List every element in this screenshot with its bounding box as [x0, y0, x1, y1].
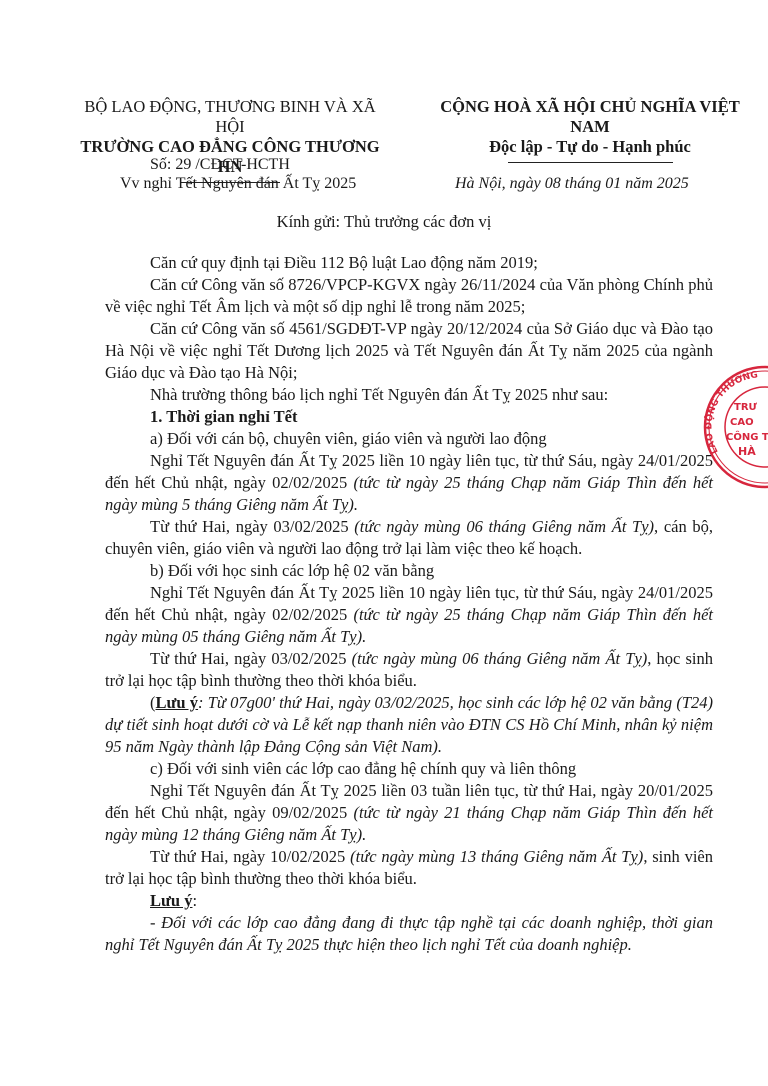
ministry-name: BỘ LAO ĐỘNG, THƯƠNG BINH VÀ XÃ HỘI — [70, 97, 390, 137]
national-header: CỘNG HOÀ XÃ HỘI CHỦ NGHĨA VIỆT NAM Độc l… — [420, 97, 760, 163]
svg-text:CÔNG T: CÔNG T — [726, 430, 768, 443]
place-date: Hà Nội, ngày 08 tháng 01 năm 2025 — [455, 174, 689, 193]
document-subject: Vv nghỉ Tết Nguyên đán Ất Tỵ 2025 — [120, 174, 356, 193]
document-number: Số: 29 /CĐCT-HCTH — [150, 155, 290, 174]
document-body: Căn cứ quy định tại Điều 112 Bộ luật Lao… — [105, 252, 713, 956]
subsection-heading: c) Đối với sinh viên các lớp cao đẳng hệ… — [105, 758, 713, 780]
document-page: BỘ LAO ĐỘNG, THƯƠNG BINH VÀ XÃ HỘI TRƯỜN… — [0, 0, 768, 1086]
note-paragraph: (Lưu ý: Từ 07g00' thứ Hai, ngày 03/02/20… — [105, 692, 713, 758]
svg-text:HÀ: HÀ — [738, 445, 756, 458]
subsection-heading: b) Đối với học sinh các lớp hệ 02 văn bằ… — [105, 560, 713, 582]
official-seal-icon: LAO ĐỘNG THƯƠNG TRƯ CAO CÔNG T HÀ — [700, 362, 768, 492]
svg-text:CAO: CAO — [730, 417, 754, 428]
paragraph: Căn cứ quy định tại Điều 112 Bộ luật Lao… — [105, 252, 713, 274]
paragraph: Từ thứ Hai, ngày 10/02/2025 (tức ngày mù… — [105, 846, 713, 890]
header-divider-right — [508, 162, 673, 163]
paragraph: Nghỉ Tết Nguyên đán Ất Tỵ 2025 liền 03 t… — [105, 780, 713, 846]
note-paragraph: - Đối với các lớp cao đẳng đang đi thực … — [105, 912, 713, 956]
paragraph: Căn cứ Công văn số 4561/SGDĐT-VP ngày 20… — [105, 318, 713, 384]
paragraph: Căn cứ Công văn số 8726/VPCP-KGVX ngày 2… — [105, 274, 713, 318]
section-heading: 1. Thời gian nghỉ Tết — [105, 406, 713, 428]
note-heading: Lưu ý: — [105, 890, 713, 912]
country-name: CỘNG HOÀ XÃ HỘI CHỦ NGHĨA VIỆT NAM — [420, 97, 760, 137]
recipient-line: Kính gửi: Thủ trưởng các đơn vị — [0, 212, 768, 232]
paragraph: Nghỉ Tết Nguyên đán Ất Tỵ 2025 liền 10 n… — [105, 582, 713, 648]
paragraph: Từ thứ Hai, ngày 03/02/2025 (tức ngày mù… — [105, 516, 713, 560]
paragraph: Nhà trường thông báo lịch nghỉ Tết Nguyê… — [105, 384, 713, 406]
svg-text:TRƯ: TRƯ — [734, 402, 758, 413]
paragraph: Nghỉ Tết Nguyên đán Ất Tỵ 2025 liền 10 n… — [105, 450, 713, 516]
paragraph: Từ thứ Hai, ngày 03/02/2025 (tức ngày mù… — [105, 648, 713, 692]
subsection-heading: a) Đối với cán bộ, chuyên viên, giáo viê… — [105, 428, 713, 450]
motto: Độc lập - Tự do - Hạnh phúc — [420, 137, 760, 157]
